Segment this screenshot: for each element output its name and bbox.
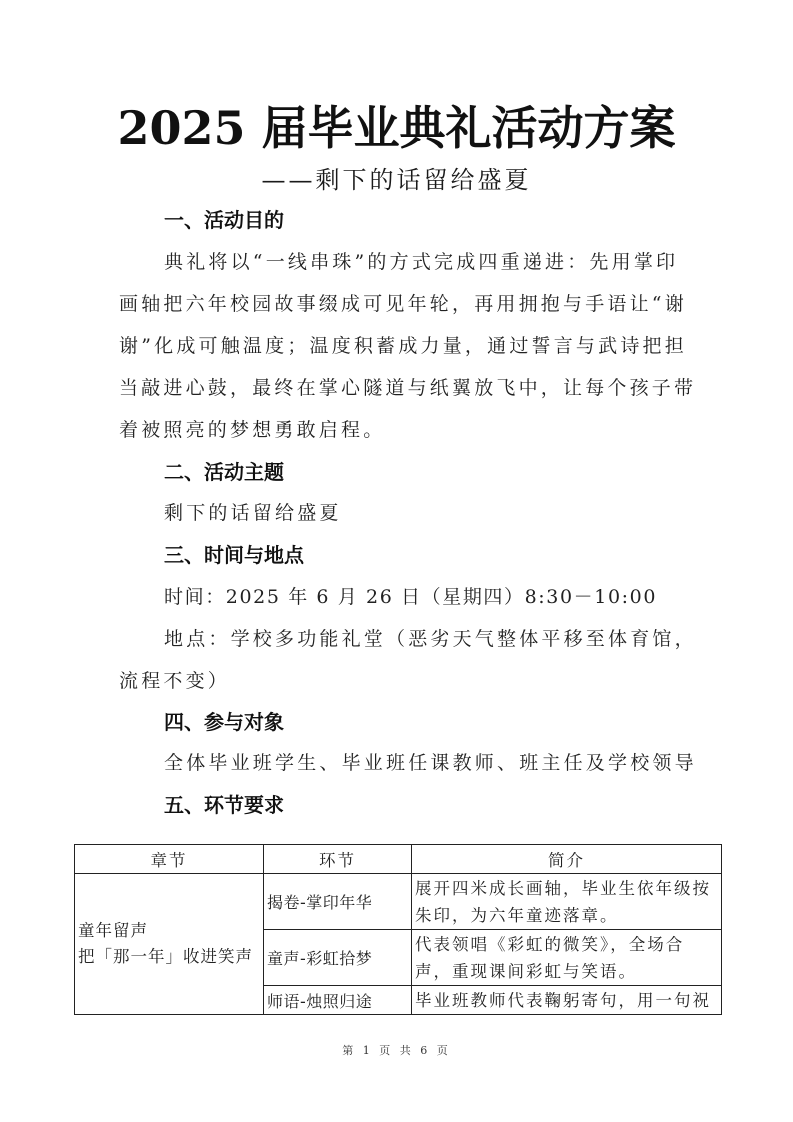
table-row: 童年留声 把「那一年」收进笑声 揭卷-掌印年华 展开四米成长画轴，毕业生依年级按… [75,874,722,930]
program-table: 章节 环节 简介 童年留声 把「那一年」收进笑声 揭卷-掌印年华 展开四米成长画… [74,844,722,1015]
step-cell: 童声-彩虹拾梦 [264,930,412,986]
column-header-description: 简介 [412,845,722,874]
place-text-continued: 流程不变） [119,660,679,702]
document-subtitle: ——剩下的话留给盛夏 [0,162,793,198]
page-number-footer: 第 1 页 共 6 页 [0,1042,793,1058]
document-page: 2025 届毕业典礼活动方案 ——剩下的话留给盛夏 一、活动目的 典礼将以“一线… [0,0,793,1122]
paragraph-line: 当敲进心鼓，最终在掌心隧道与纸翼放飞中，让每个孩子带 [119,367,679,409]
time-text: 时间：2025 年 6 月 26 日（星期四）8:30－10:00 [164,576,724,618]
column-header-step: 环节 [264,845,412,874]
participants-text: 全体毕业班学生、毕业班任课教师、班主任及学校领导 [164,742,724,784]
table-header-row: 章节 环节 简介 [75,845,722,874]
section-heading-purpose: 一、活动目的 [164,206,284,234]
chapter-subtitle: 把「那一年」收进笑声 [78,944,260,970]
step-cell: 师语-烛照归途 [264,986,412,1015]
paragraph-line: 着被照亮的梦想勇敢启程。 [119,409,679,451]
document-title: 2025 届毕业典礼活动方案 [0,98,793,158]
theme-text: 剩下的话留给盛夏 [164,492,724,534]
section-heading-theme: 二、活动主题 [164,458,284,486]
step-cell: 揭卷-掌印年华 [264,874,412,930]
column-header-chapter: 章节 [75,845,264,874]
chapter-cell: 童年留声 把「那一年」收进笑声 [75,874,264,1015]
section-heading-participants: 四、参与对象 [164,708,284,736]
paragraph-line: 典礼将以“一线串珠”的方式完成四重递进：先用掌印 [164,241,724,283]
description-cell: 展开四米成长画轴，毕业生依年级按朱印，为六年童迹落章。 [412,874,722,930]
section-heading-requirements: 五、环节要求 [164,791,284,819]
chapter-title: 童年留声 [78,918,260,944]
paragraph-line: 谢”化成可触温度；温度积蓄成力量，通过誓言与武诗把担 [119,325,679,367]
paragraph-line: 画轴把六年校园故事缀成可见年轮，再用拥抱与手语让“谢 [119,283,679,325]
description-cell: 毕业班教师代表鞠躬寄句，用一句祝 [412,986,722,1015]
section-heading-time-place: 三、时间与地点 [164,541,304,569]
place-text: 地点：学校多功能礼堂（恶劣天气整体平移至体育馆， [164,618,724,660]
description-cell: 代表领唱《彩虹的微笑》，全场合声，重现课间彩虹与笑语。 [412,930,722,986]
